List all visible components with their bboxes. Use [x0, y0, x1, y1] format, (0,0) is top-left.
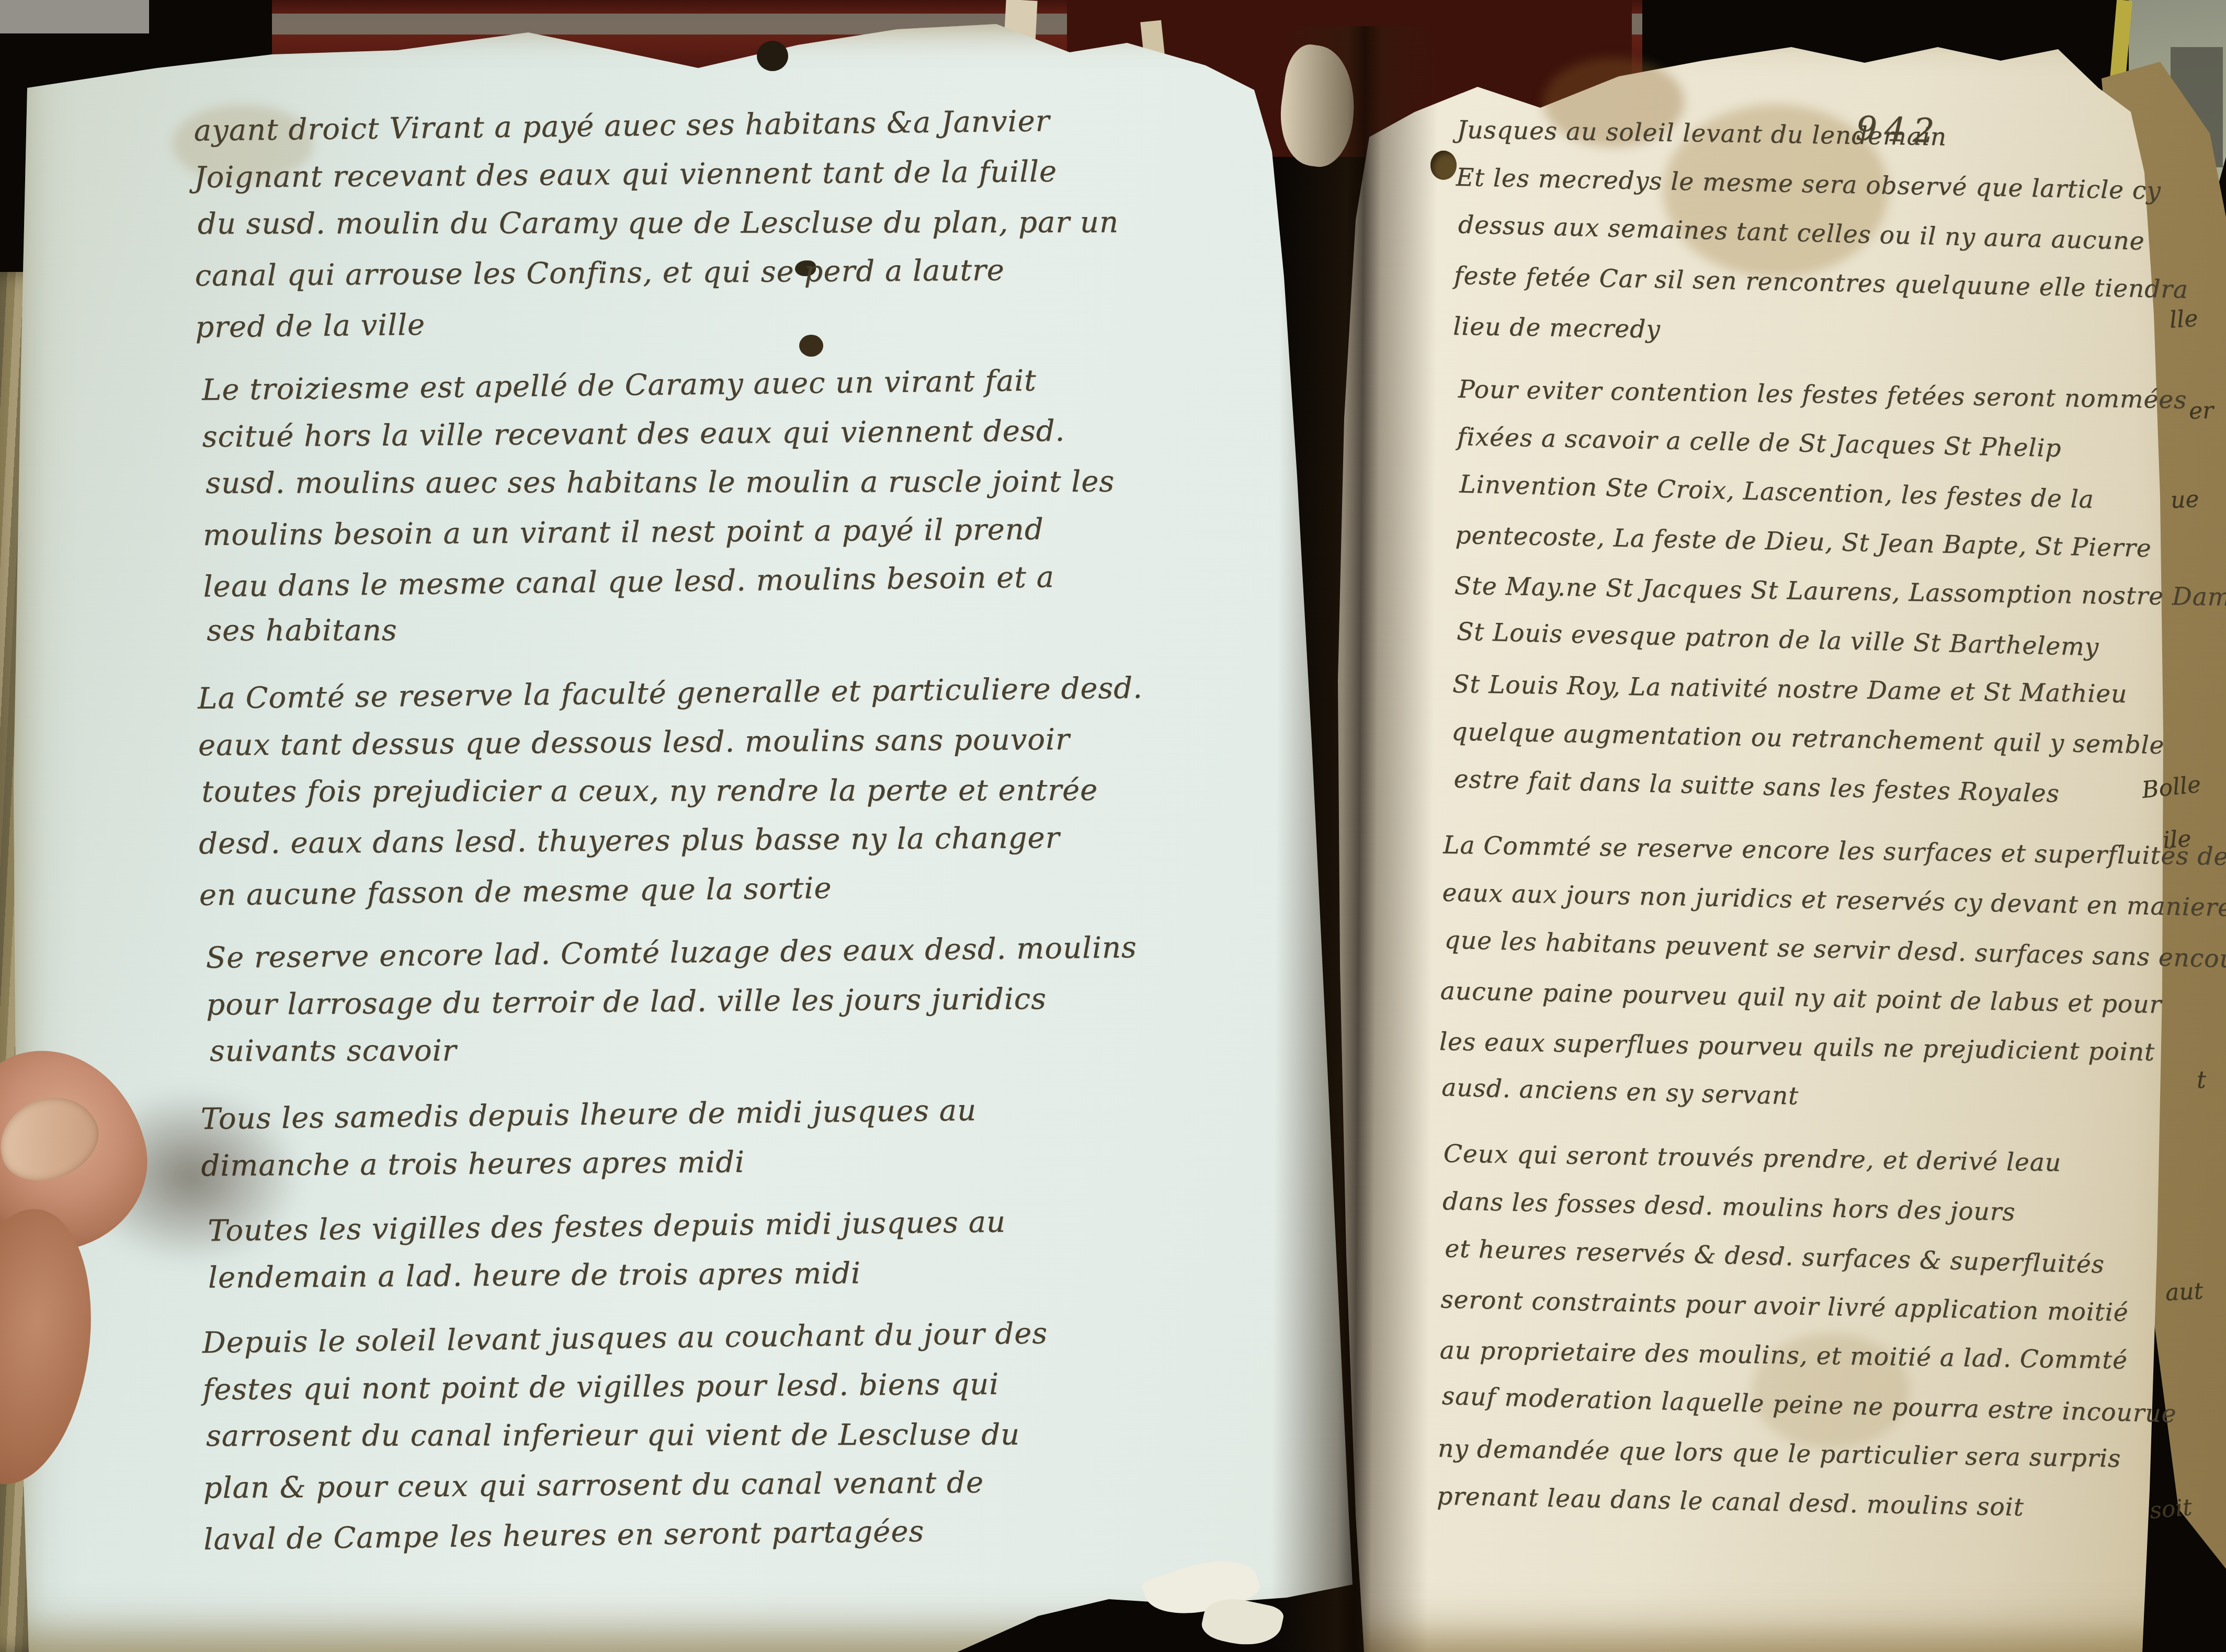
manuscript-line: eaux tant dessus que dessous lesd. mouli…: [177, 714, 1302, 771]
manuscript-line: lendemain a lad. heure de trois apres mi…: [187, 1246, 1306, 1303]
manuscript-paragraph: Jusques au soleil levant du lendemainEt …: [1432, 104, 2210, 364]
manuscript-line: scitué hors la ville recevant des eaux q…: [181, 405, 1300, 462]
manuscript-line: susd. moulins auec ses habitans le mouli…: [185, 457, 1303, 508]
manuscript-line: festes qui nont point de vigilles pour l…: [181, 1358, 1307, 1415]
under-leaf-fragment: soit: [2149, 1494, 2193, 1524]
under-leaf-fragment: lle: [2168, 305, 2199, 334]
manuscript-paragraph: Toutes les vigilles des festes depuis mi…: [187, 1197, 1305, 1303]
manuscript-line: dimanche a trois heures apres midi: [180, 1134, 1305, 1191]
manuscript-paragraph: Le troiziesme est apellé de Caramy auec …: [181, 356, 1301, 659]
manuscript-line: leau dans le mesme canal que lesd. mouli…: [182, 550, 1301, 612]
manuscript-line: pred de la ville: [174, 291, 1299, 352]
under-leaf-fragment: aut: [2165, 1278, 2204, 1306]
under-leaf-fragment: ue: [2170, 486, 2200, 514]
manuscript-paragraph: Pour eviter contention les festes fetées…: [1429, 363, 2206, 820]
right-page-handwriting: Jusques au soleil levant du lendemainEt …: [1409, 104, 2210, 1549]
manuscript-line: Joignant recevant des eaux qui viennent …: [173, 146, 1298, 203]
manuscript-photo-scene: ayant droict Virant a payé auec ses habi…: [0, 0, 2226, 1652]
manuscript-line: ses habitans: [186, 605, 1304, 656]
manuscript-line: suivants scavoir: [189, 1025, 1307, 1076]
under-leaf-fragment: ile: [2162, 825, 2192, 854]
manuscript-paragraph: Ceux qui seront trouvés prendre, et deri…: [1415, 1127, 2190, 1535]
wall-patch-top-left: [0, 0, 149, 33]
manuscript-paragraph: La Comté se reserve la faculté generalle…: [177, 665, 1303, 918]
manuscript-line: toutes fois prejudicier a ceux, ny rendr…: [180, 766, 1305, 817]
manuscript-paragraph: Se reserve encore lad. Comté luzage des …: [185, 924, 1304, 1079]
under-leaf-fragment: er: [2188, 397, 2214, 425]
left-page-handwriting: ayant droict Virant a payé auec ses habi…: [173, 97, 1308, 1576]
wormhole: [757, 41, 788, 71]
manuscript-line: du susd. moulin du Caramy que de Lesclus…: [177, 198, 1301, 249]
manuscript-line: laval de Campe les heures en seront part…: [183, 1503, 1308, 1565]
manuscript-paragraph: Depuis le soleil levant jusques au couch…: [181, 1308, 1307, 1562]
folio-page-number: 942: [1855, 109, 1943, 151]
under-leaf-fragment: t: [2197, 1067, 2206, 1093]
manuscript-line: en aucune fasson de mesme que la sortie: [178, 859, 1303, 920]
manuscript-line: sarrosent du canal inferieur qui vient d…: [185, 1410, 1310, 1461]
manuscript-paragraph: Tous les samedis depuis lheure de midi j…: [179, 1085, 1304, 1191]
manuscript-paragraph: ayant droict Virant a payé auec ses habi…: [173, 97, 1299, 350]
manuscript-line: pour larrosage du terroir de lad. ville …: [185, 973, 1304, 1030]
manuscript-paragraph: La Commté se reserve encore les surfaces…: [1417, 819, 2197, 1129]
